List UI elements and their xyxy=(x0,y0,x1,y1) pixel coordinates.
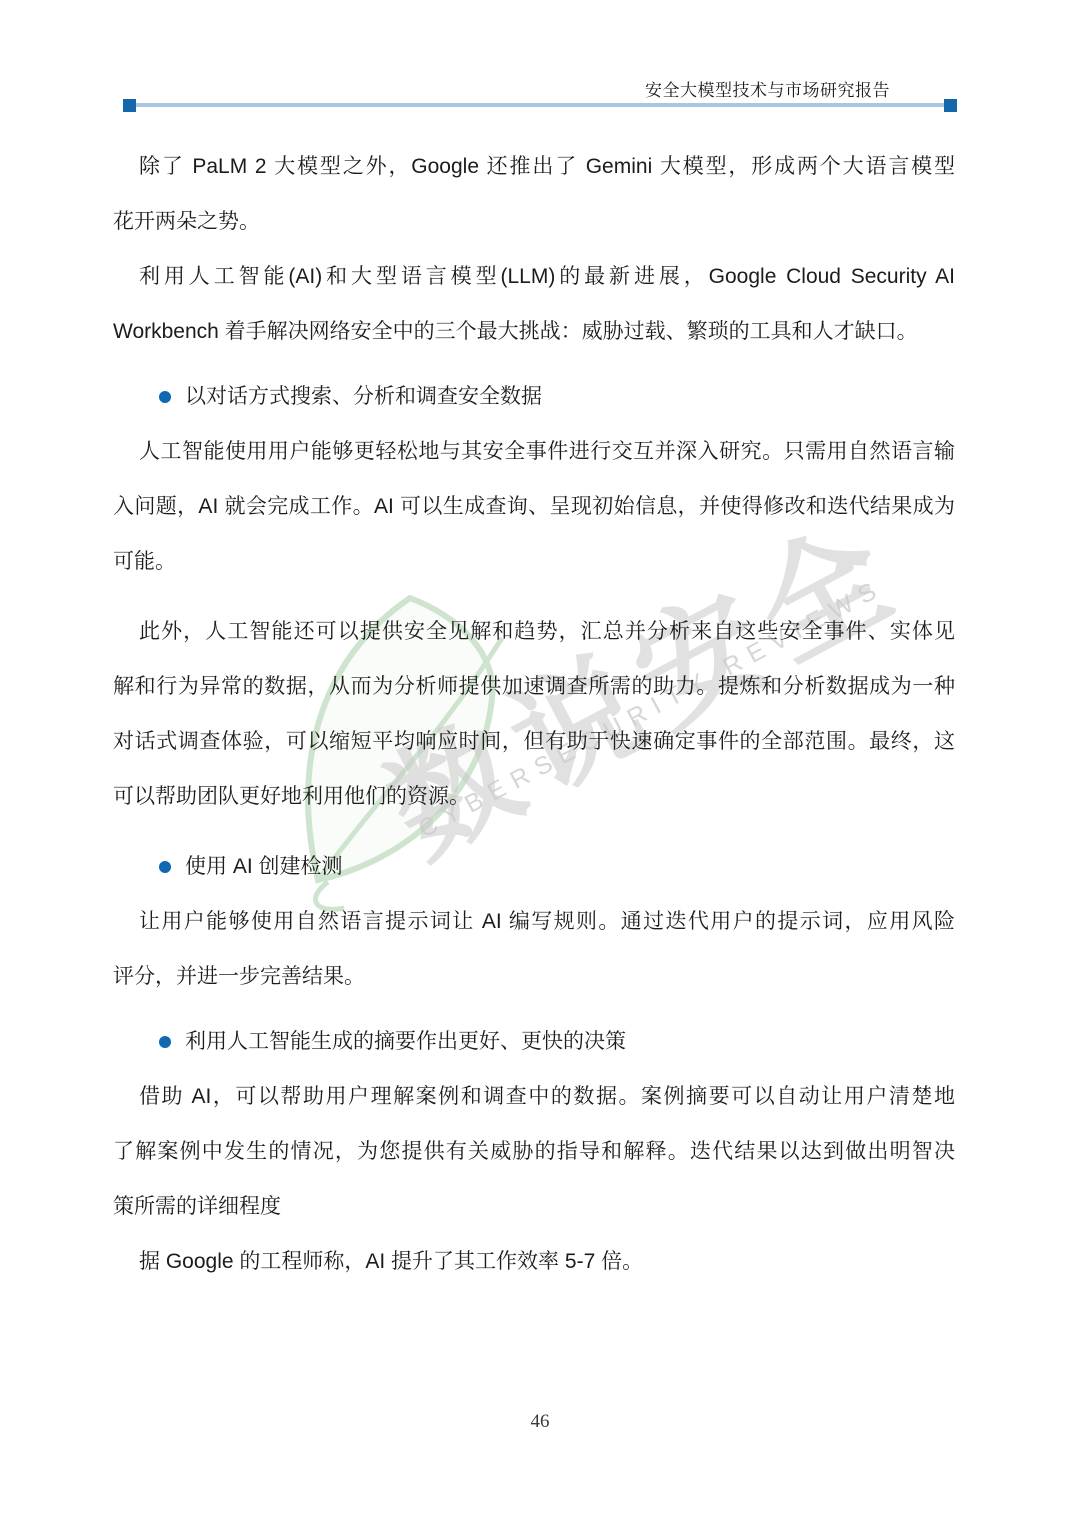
paragraph: 借助 AI，可以帮助用户理解案例和调查中的数据。案例摘要可以自动让用户清楚地了解… xyxy=(113,1069,955,1234)
paragraph-line: 让用户能够使用自然语言提示词让 AI 编写规则。通过迭代用户的提示词，应用风险 xyxy=(113,894,955,949)
bullet-item: 利用人工智能生成的摘要作出更好、更快的决策 xyxy=(113,1014,955,1069)
paragraph-line: 除了 PaLM 2 大模型之外，Google 还推出了 Gemini 大模型，形… xyxy=(113,139,955,194)
header-rule-bar xyxy=(136,103,944,107)
paragraph-line: 对话式调查体验，可以缩短平均响应时间，但有助于快速确定事件的全部范围。最终，这 xyxy=(113,714,955,769)
bullet-dot-icon xyxy=(159,861,171,873)
paragraph-line: 借助 AI，可以帮助用户理解案例和调查中的数据。案例摘要可以自动让用户清楚地 xyxy=(113,1069,955,1124)
paragraph: 人工智能使用用户能够更轻松地与其安全事件进行交互并深入研究。只需用自然语言输入问… xyxy=(113,424,955,589)
bullet-item: 以对话方式搜索、分析和调查安全数据 xyxy=(113,369,955,424)
paragraph: 让用户能够使用自然语言提示词让 AI 编写规则。通过迭代用户的提示词，应用风险评… xyxy=(113,894,955,1004)
paragraph: 利用人工智能(AI)和大型语言模型(LLM)的最新进展，Google Cloud… xyxy=(113,249,955,359)
header-rule-left-square xyxy=(123,99,136,112)
page-number: 46 xyxy=(0,1411,1080,1433)
paragraph: 除了 PaLM 2 大模型之外，Google 还推出了 Gemini 大模型，形… xyxy=(113,139,955,249)
bullet-label: 以对话方式搜索、分析和调查安全数据 xyxy=(185,385,542,408)
bullet-label: 利用人工智能生成的摘要作出更好、更快的决策 xyxy=(185,1030,626,1053)
paragraph-line: 评分，并进一步完善结果。 xyxy=(113,949,955,1004)
bullet-label: 使用 AI 创建检测 xyxy=(185,855,343,878)
bullet-dot-icon xyxy=(159,391,171,403)
paragraph-line: 此外，人工智能还可以提供安全见解和趋势，汇总并分析来自这些安全事件、实体见 xyxy=(113,604,955,659)
bullet-item: 使用 AI 创建检测 xyxy=(113,839,955,894)
paragraph-line: 了解案例中发生的情况，为您提供有关威胁的指导和解释。迭代结果以达到做出明智决 xyxy=(113,1124,955,1179)
header-rule-right-square xyxy=(944,99,957,112)
paragraph-line: 策所需的详细程度 xyxy=(113,1179,955,1234)
paragraph-line: Workbench 着手解决网络安全中的三个最大挑战：威胁过载、繁琐的工具和人才… xyxy=(113,304,955,359)
paragraph-line: 花开两朵之势。 xyxy=(113,194,955,249)
paragraph-line: 人工智能使用用户能够更轻松地与其安全事件进行交互并深入研究。只需用自然语言输 xyxy=(113,424,955,479)
paragraph-line: 可以帮助团队更好地利用他们的资源。 xyxy=(113,769,955,824)
report-header-title: 安全大模型技术与市场研究报告 xyxy=(645,76,890,101)
paragraph: 据 Google 的工程师称，AI 提升了其工作效率 5-7 倍。 xyxy=(113,1234,955,1289)
paragraph-line: 入问题，AI 就会完成工作。AI 可以生成查询、呈现初始信息，并使得修改和迭代结… xyxy=(113,479,955,534)
paragraph: 此外，人工智能还可以提供安全见解和趋势，汇总并分析来自这些安全事件、实体见解和行… xyxy=(113,604,955,824)
document-body: 除了 PaLM 2 大模型之外，Google 还推出了 Gemini 大模型，形… xyxy=(113,139,955,1289)
paragraph-line: 据 Google 的工程师称，AI 提升了其工作效率 5-7 倍。 xyxy=(113,1234,955,1289)
paragraph-line: 利用人工智能(AI)和大型语言模型(LLM)的最新进展，Google Cloud… xyxy=(113,249,955,304)
header-rule xyxy=(123,99,957,113)
paragraph-line: 解和行为异常的数据，从而为分析师提供加速调查所需的助力。提炼和分析数据成为一种 xyxy=(113,659,955,714)
bullet-dot-icon xyxy=(159,1036,171,1048)
paragraph-line: 可能。 xyxy=(113,534,955,589)
